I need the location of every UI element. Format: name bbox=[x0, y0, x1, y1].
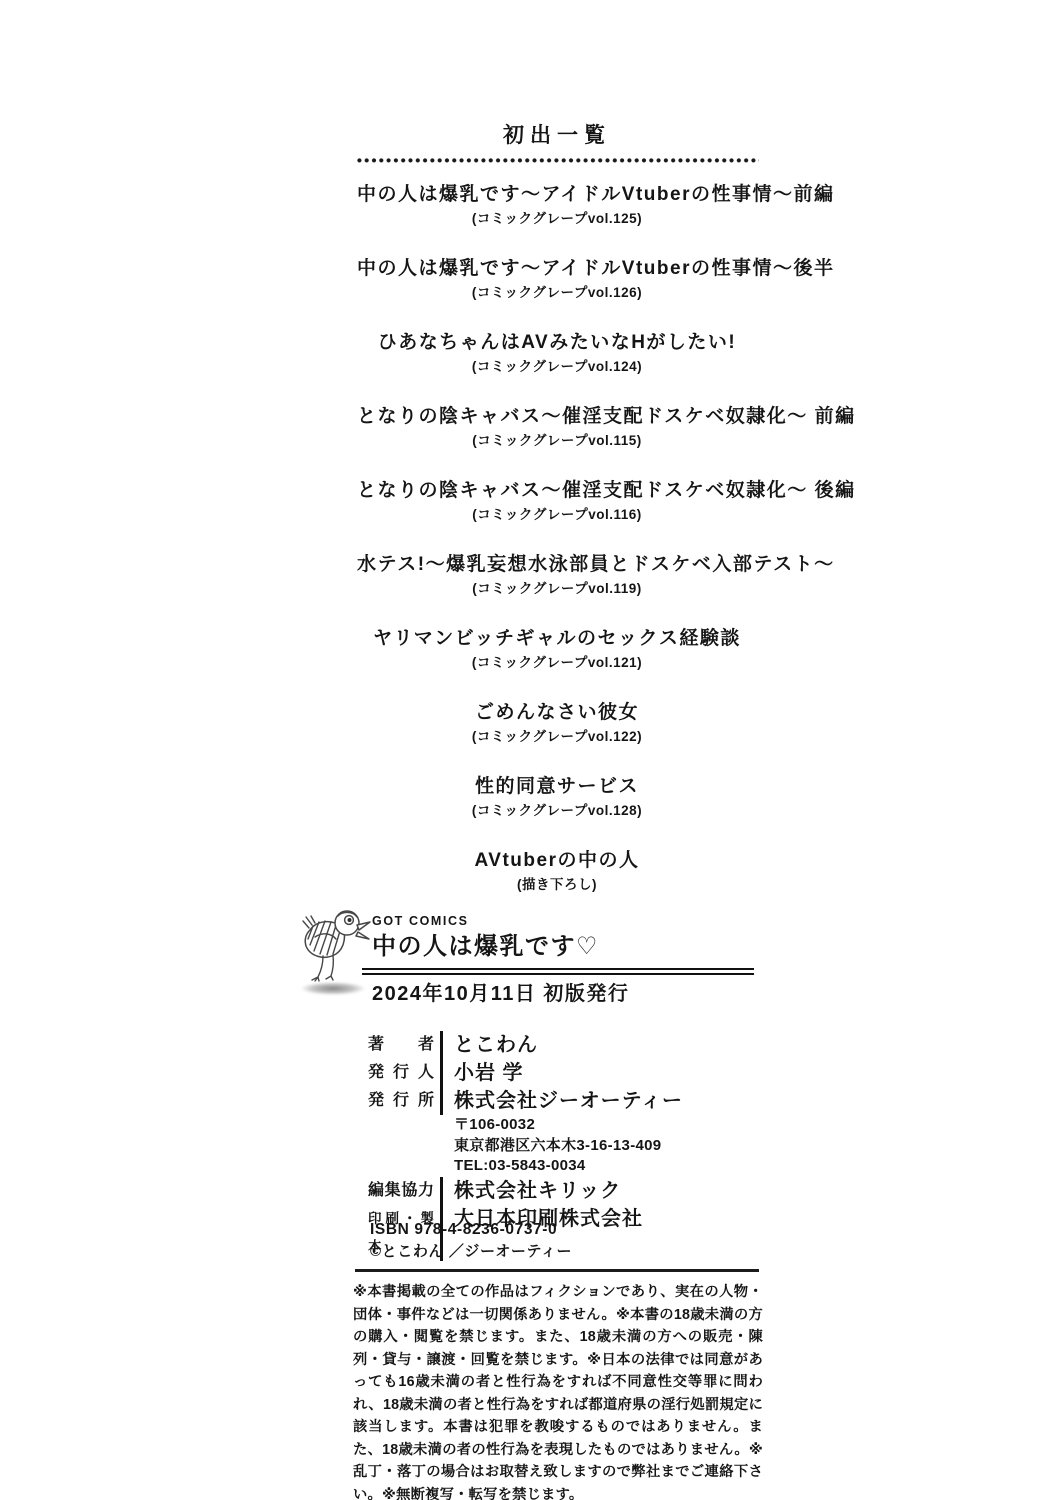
colophon-header: GOT COMICS 中の人は爆乳です♡ 2024年10月11日 初版発行 bbox=[372, 914, 754, 1007]
credit-label: 著者 bbox=[368, 1031, 434, 1059]
credit-label: 発行人 bbox=[368, 1059, 434, 1087]
publication-entry: ひあなちゃんはAVみたいなHがしたい! (コミックグレープvol.124) bbox=[357, 330, 757, 377]
entry-source: (コミックグレープvol.121) bbox=[357, 652, 757, 673]
entry-source: (コミックグレープvol.125) bbox=[357, 208, 757, 229]
publisher-postal-code: 〒106-0032 bbox=[454, 1115, 768, 1136]
entry-source: (描き下ろし) bbox=[357, 874, 757, 895]
isbn: ISBN 978-4-8236-0737-0 bbox=[370, 1220, 572, 1240]
entry-title: ひあなちゃんはAVみたいなHがしたい! bbox=[357, 330, 757, 356]
bird-doodle-icon bbox=[301, 908, 371, 982]
publication-entry: 性的同意サービス (コミックグレープvol.128) bbox=[357, 774, 757, 821]
publication-entry: ヤリマンビッチギャルのセックス経験談 (コミックグレープvol.121) bbox=[357, 626, 757, 673]
entry-source: (コミックグレープvol.124) bbox=[357, 356, 757, 377]
credit-value: 株式会社キリック bbox=[440, 1177, 621, 1205]
isbn-block: ISBN 978-4-8236-0737-0 ©とこわん ／ジーオーティー bbox=[370, 1220, 572, 1262]
credit-label: 発行所 bbox=[368, 1087, 434, 1115]
page-title: 初出一覧 bbox=[357, 121, 757, 151]
entry-title: ごめんなさい彼女 bbox=[357, 700, 757, 726]
imprint-label: GOT COMICS bbox=[372, 914, 754, 929]
entry-title: となりの陰キャバス～催淫支配ドスケベ奴隷化～ 後編 bbox=[357, 478, 757, 504]
disclaimer-text: ※本書掲載の全ての作品はフィクションであり、実在の人物・団体・事件などは一切関係… bbox=[353, 1281, 763, 1500]
entry-title: 中の人は爆乳です～アイドルVtuberの性事情～後半 bbox=[357, 256, 757, 282]
entry-title: となりの陰キャバス～催淫支配ドスケベ奴隷化～ 前編 bbox=[357, 404, 757, 430]
credit-row-publisher-person: 発行人 小岩 学 bbox=[368, 1059, 768, 1087]
book-title: 中の人は爆乳です♡ bbox=[372, 932, 754, 962]
entry-title: 性的同意サービス bbox=[357, 774, 757, 800]
edition-date: 2024年10月11日 初版発行 bbox=[372, 981, 754, 1007]
publication-entries: 中の人は爆乳です～アイドルVtuberの性事情～前編 (コミックグレープvol.… bbox=[357, 182, 757, 895]
publication-entry: 中の人は爆乳です～アイドルVtuberの性事情～後半 (コミックグレープvol.… bbox=[357, 256, 757, 303]
logo-shadow bbox=[301, 982, 365, 995]
credit-row-editing: 編集協力 株式会社キリック bbox=[368, 1177, 768, 1205]
credit-row-publisher-company: 発行所 株式会社ジーオーティー bbox=[368, 1087, 768, 1115]
publication-entry: となりの陰キャバス～催淫支配ドスケベ奴隷化～ 前編 (コミックグレープvol.1… bbox=[357, 404, 757, 451]
copyright: ©とこわん ／ジーオーティー bbox=[370, 1242, 572, 1262]
credit-value: とこわん bbox=[440, 1031, 538, 1059]
credit-label: 編集協力 bbox=[368, 1177, 434, 1205]
entry-source: (コミックグレープvol.115) bbox=[357, 430, 757, 451]
entry-source: (コミックグレープvol.126) bbox=[357, 282, 757, 303]
disclaimer-divider bbox=[355, 1269, 759, 1272]
entry-source: (コミックグレープvol.119) bbox=[357, 578, 757, 599]
publication-entry: となりの陰キャバス～催淫支配ドスケベ奴隷化～ 後編 (コミックグレープvol.1… bbox=[357, 478, 757, 525]
publication-entry: 中の人は爆乳です～アイドルVtuberの性事情～前編 (コミックグレープvol.… bbox=[357, 182, 757, 229]
publisher-street-address: 東京都港区六本木3-16-13-409 bbox=[454, 1136, 768, 1157]
entry-title: 水テス!～爆乳妄想水泳部員とドスケベ入部テスト～ bbox=[357, 552, 757, 578]
dotted-divider bbox=[357, 158, 759, 163]
first-publication-list: 初出一覧 中の人は爆乳です～アイドルVtuberの性事情～前編 (コミックグレー… bbox=[357, 121, 757, 922]
credit-value: 小岩 学 bbox=[440, 1059, 524, 1087]
entry-title: 中の人は爆乳です～アイドルVtuberの性事情～前編 bbox=[357, 182, 757, 208]
entry-source: (コミックグレープvol.116) bbox=[357, 504, 757, 525]
credit-row-author: 著者 とこわん bbox=[368, 1031, 768, 1059]
double-rule-divider bbox=[362, 968, 754, 975]
colophon-page: 初出一覧 中の人は爆乳です～アイドルVtuberの性事情～前編 (コミックグレー… bbox=[0, 0, 1057, 1500]
publication-entry: 水テス!～爆乳妄想水泳部員とドスケベ入部テスト～ (コミックグレープvol.11… bbox=[357, 552, 757, 599]
publisher-phone: TEL:03-5843-0034 bbox=[454, 1156, 768, 1177]
entry-title: ヤリマンビッチギャルのセックス経験談 bbox=[357, 626, 757, 652]
credit-value: 株式会社ジーオーティー bbox=[440, 1087, 683, 1115]
entry-source: (コミックグレープvol.122) bbox=[357, 726, 757, 747]
entry-title: AVtuberの中の人 bbox=[357, 848, 757, 874]
entry-source: (コミックグレープvol.128) bbox=[357, 800, 757, 821]
publication-entry: AVtuberの中の人 (描き下ろし) bbox=[357, 848, 757, 895]
publication-entry: ごめんなさい彼女 (コミックグレープvol.122) bbox=[357, 700, 757, 747]
